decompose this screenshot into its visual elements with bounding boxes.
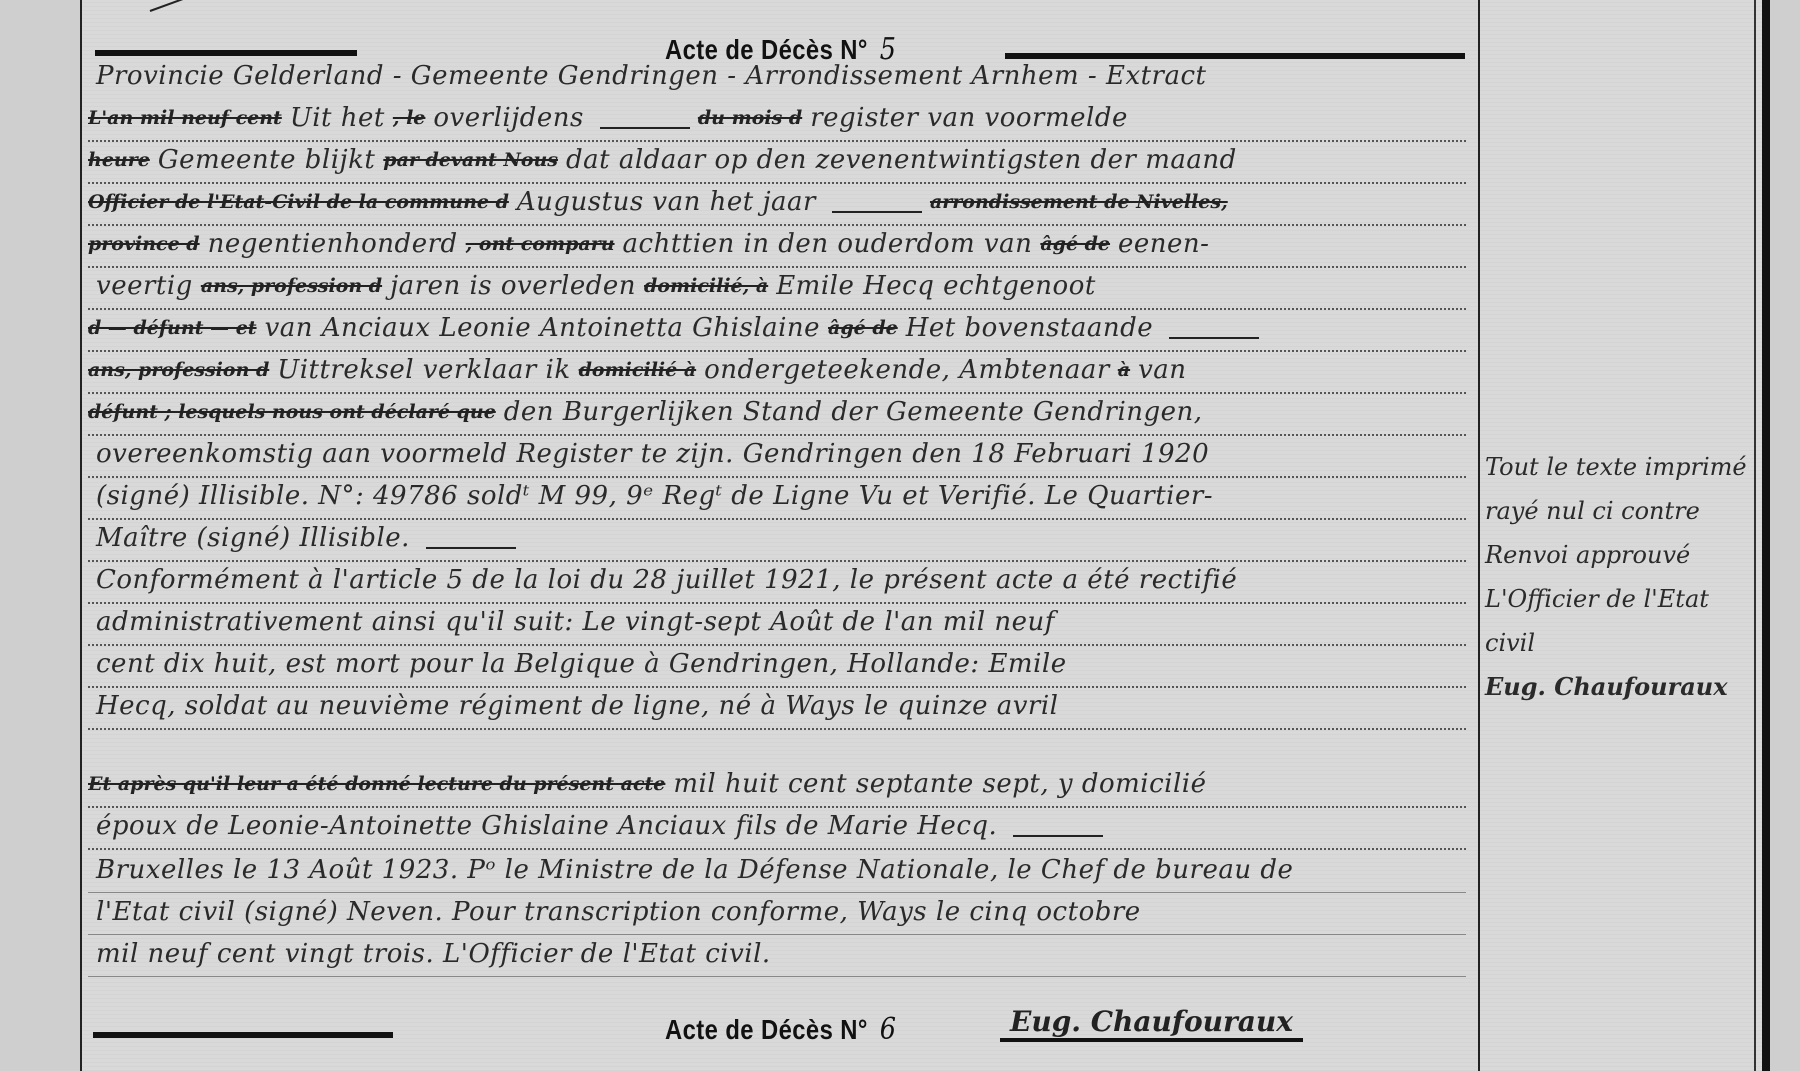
handwritten-text: Conformément à l'article 5 de la loi du …	[96, 562, 1237, 598]
act-title-6: Acte de Décès N°6	[665, 1012, 896, 1047]
struck-printed-text: , le	[393, 100, 426, 136]
struck-printed-text: domicilié, à	[644, 268, 768, 304]
struck-printed-text: par devant Nous	[383, 142, 558, 178]
handwritten-text: overeenkomstig aan voormeld Register te …	[96, 436, 1209, 472]
struck-printed-text: du mois d	[698, 100, 802, 136]
struck-printed-text: domicilié à	[579, 352, 697, 388]
page-border-thin	[1754, 0, 1756, 1071]
struck-printed-text: Officier de l'Etat-Civil de la commune d	[88, 184, 509, 220]
struck-printed-text: défunt ; lesquels nous ont déclaré que	[88, 394, 496, 430]
margin-signature: Eug. Chaufouraux	[1485, 665, 1750, 709]
struck-printed-text: arrondissement de Nivelles,	[930, 184, 1228, 220]
handwritten-text: Gemeente blijkt	[158, 142, 375, 178]
record-line: Et après qu'il leur a été donné lecture …	[88, 766, 1466, 808]
record-line: mil neuf cent vingt trois. L'Officier de…	[88, 936, 1466, 977]
record-line: Maître (signé) Illisible.	[88, 520, 1466, 562]
handwritten-text: époux de Leonie-Antoinette Ghislaine Anc…	[96, 808, 997, 844]
record-line: ans, profession dUittreksel verklaar ikd…	[88, 352, 1466, 394]
struck-printed-text: à	[1118, 352, 1130, 388]
page-border-thick	[1762, 0, 1770, 1071]
record-line: province dnegentienhonderd, ont comparua…	[88, 226, 1466, 268]
handwritten-text: negentienhonderd	[208, 226, 458, 262]
handwritten-text: overlijdens	[433, 100, 583, 136]
struck-printed-text: âgé de	[828, 310, 898, 346]
record-line: Hecq, soldat au neuvième régiment de lig…	[88, 688, 1466, 730]
struck-printed-text: L'an mil neuf cent	[88, 100, 282, 136]
header-rule-left-6	[93, 1032, 393, 1038]
handwritten-text: van Anciaux Leonie Antoinetta Ghislaine	[265, 310, 820, 346]
handwritten-text: cent dix huit, est mort pour la Belgique…	[96, 646, 1067, 682]
blank-dash	[1169, 337, 1259, 339]
margin-note: Tout le texte imprimé rayé nul ci contre…	[1485, 445, 1750, 709]
struck-printed-text: âgé de	[1040, 226, 1110, 262]
record-line: Provincie Gelderland - Gemeente Gendring…	[88, 58, 1466, 98]
blank-dash	[426, 547, 516, 549]
margin-line: Renvoi approuvé	[1485, 533, 1750, 577]
margin-line: L'Officier de l'Etat civil	[1485, 577, 1750, 665]
handwritten-text: Provincie Gelderland - Gemeente Gendring…	[96, 58, 1207, 94]
struck-printed-text: ans, profession d	[88, 352, 269, 388]
pen-stroke	[150, 0, 301, 12]
record-line: veertigans, profession djaren is overled…	[88, 268, 1466, 310]
right-margin-rule	[1478, 0, 1480, 1071]
record-line: L'an mil neuf centUit het, leoverlijdens…	[88, 100, 1466, 142]
handwritten-text: mil huit cent septante sept, y domicilié	[673, 766, 1206, 802]
record-line: époux de Leonie-Antoinette Ghislaine Anc…	[88, 808, 1466, 850]
blank-dash	[1013, 835, 1103, 837]
handwritten-text: van	[1138, 352, 1186, 388]
handwritten-text: achttien in den ouderdom van	[623, 226, 1033, 262]
handwritten-text: Uit het	[290, 100, 385, 136]
record-line: d — défunt — etvan Anciaux Leonie Antoin…	[88, 310, 1466, 352]
handwritten-text: ondergeteekende, Ambtenaar	[704, 352, 1110, 388]
handwritten-text: Augustus van het jaar	[517, 184, 816, 220]
struck-printed-text: province d	[88, 226, 200, 262]
handwritten-text: mil neuf cent vingt trois. L'Officier de…	[96, 936, 771, 972]
handwritten-text: Het bovenstaande	[906, 310, 1153, 346]
handwritten-text: dat aldaar op den zevenentwintigsten der…	[566, 142, 1237, 178]
handwritten-text: Emile Hecq echtgenoot	[776, 268, 1096, 304]
left-page-edge	[0, 0, 80, 1071]
record-line: Officier de l'Etat-Civil de la commune d…	[88, 184, 1466, 226]
record-line: Conformément à l'article 5 de la loi du …	[88, 562, 1466, 604]
blank-dash	[832, 211, 922, 213]
struck-printed-text: heure	[88, 142, 150, 178]
record-line: Bruxelles le 13 Août 1923. Pᵒ le Ministr…	[88, 852, 1466, 893]
record-line: administrativement ainsi qu'il suit: Le …	[88, 604, 1466, 646]
handwritten-text: den Burgerlijken Stand der Gemeente Gend…	[504, 394, 1203, 430]
struck-printed-text: Et après qu'il leur a été donné lecture …	[88, 766, 665, 802]
struck-printed-text: ans, profession d	[201, 268, 382, 304]
handwritten-text: Uittreksel verklaar ik	[277, 352, 570, 388]
handwritten-text: Hecq, soldat au neuvième régiment de lig…	[96, 688, 1059, 724]
struck-printed-text: d — défunt — et	[88, 310, 257, 346]
handwritten-text: Maître (signé) Illisible.	[96, 520, 410, 556]
margin-line: rayé nul ci contre	[1485, 489, 1750, 533]
handwritten-text: (signé) Illisible. N°: 49786 soldᵗ M 99,…	[96, 478, 1213, 514]
act-number: 6	[880, 1012, 897, 1047]
handwritten-text: Bruxelles le 13 Août 1923. Pᵒ le Ministr…	[96, 852, 1293, 888]
record-line: overeenkomstig aan voormeld Register te …	[88, 436, 1466, 478]
margin-line: Tout le texte imprimé	[1485, 445, 1750, 489]
officer-signature: Eug. Chaufouraux	[1000, 1005, 1303, 1042]
blank-dash	[600, 127, 690, 129]
act-title-label: Acte de Décès N°	[665, 1014, 868, 1045]
register-page: Acte de Décès N°5 Provincie Gelderland -…	[0, 0, 1800, 1071]
left-margin-rule	[80, 0, 82, 1071]
record-line: heureGemeente blijktpar devant Nousdat a…	[88, 142, 1466, 184]
handwritten-text: l'Etat civil (signé) Neven. Pour transcr…	[96, 894, 1141, 930]
record-line: (signé) Illisible. N°: 49786 soldᵗ M 99,…	[88, 478, 1466, 520]
record-line: cent dix huit, est mort pour la Belgique…	[88, 646, 1466, 688]
record-line: défunt ; lesquels nous ont déclaré quede…	[88, 394, 1466, 436]
header-rule-left	[95, 50, 357, 56]
handwritten-text: veertig	[96, 268, 193, 304]
right-page-edge	[1770, 0, 1800, 1071]
handwritten-text: eenen-	[1118, 226, 1209, 262]
handwritten-text: register van voormelde	[810, 100, 1128, 136]
struck-printed-text: , ont comparu	[466, 226, 615, 262]
handwritten-text: administrativement ainsi qu'il suit: Le …	[96, 604, 1055, 640]
record-line: l'Etat civil (signé) Neven. Pour transcr…	[88, 894, 1466, 935]
handwritten-text: jaren is overleden	[390, 268, 636, 304]
